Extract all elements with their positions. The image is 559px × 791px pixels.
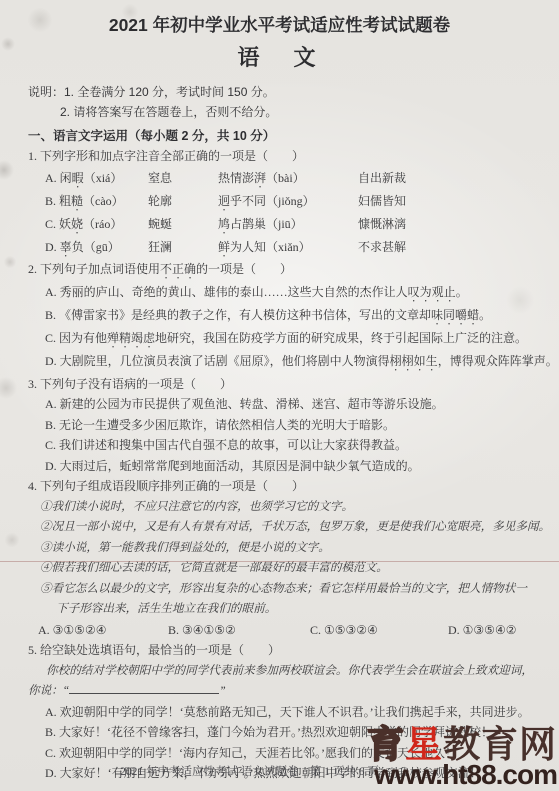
answer-choice-a: A. ③①⑤②④: [38, 620, 168, 641]
scan-artifact-line: [0, 561, 559, 562]
subject-title: 语 文: [0, 42, 559, 74]
option-word: 狂澜: [148, 236, 218, 259]
question-3-option-a: A. 新建的公园为市民提供了观鱼池、转盘、滑梯、迷宫、超市等游乐设施。: [0, 394, 559, 415]
question-2-option-c: C. 因为有他殚精竭虑地研究，我国在防疫学方面的研究成果，终于引起国际上广泛的注…: [0, 328, 559, 351]
say-suffix: ”: [219, 684, 225, 697]
answer-choice-d: D. ①③⑤④②: [448, 620, 559, 641]
question-4-sentence-5: ⑤看它怎么以最少的文字，形容出复杂的心态物态来；看它怎样用最恰当的文字，把人情物…: [0, 579, 559, 600]
option-word: 鲜为人知（xiǎn）: [218, 236, 358, 259]
question-4-stem: 4. 下列句子组成语段顺序排列正确的一项是（ ）: [0, 476, 559, 497]
option-word: 迥乎不同（jiǒng）: [218, 190, 358, 213]
watermark-url: www.ht88.com: [367, 761, 557, 789]
question-2-option-d: D. 大剧院里，几位演员表演了话剧《屈原》，他们将剧中人物演得栩栩如生，博得观众…: [0, 351, 559, 374]
question-1-row-a: A. 闲暇（xiá） 窒息 热情澎湃（bài） 自出新裁: [0, 167, 559, 190]
question-2-option-b: B. 《傅雷家书》是经典的教子之作，有人模仿这种书信体，写出的文章却味同嚼蜡。: [0, 305, 559, 328]
option-word: 自出新裁: [358, 167, 559, 190]
option-word: A. 闲暇（xiá）: [45, 167, 148, 190]
question-5-intro: 你校的结对学校朝阳中学的同学代表前来参加两校联谊会。你代表学生会在联谊会上致欢迎…: [0, 661, 559, 682]
option-word: C. 妖娆（ráo）: [45, 213, 148, 236]
question-5-stem: 5. 给空缺处选填语句，最恰当的一项是（ ）: [0, 640, 559, 661]
note-line-2: 2. 请将答案写在答题卷上，否则不给分。: [0, 102, 559, 122]
question-3-stem: 3. 下列句子没有语病的一项是（ ）: [0, 374, 559, 395]
question-3-option-d: D. 大雨过后，蚯蚓常常爬到地面活动，其原因是洞中缺少氧气造成的。: [0, 456, 559, 477]
note-line-1: 说明：1. 全卷满分 120 分，考试时间 150 分。: [0, 82, 559, 102]
watermark-site-name: 育星教育网: [367, 726, 557, 763]
say-prefix: 你说：“: [28, 684, 69, 697]
answer-blank-line: [69, 681, 219, 694]
exam-paper-page: 2021 年初中学业水平考试适应性考试试题卷 语 文 说明：1. 全卷满分 12…: [0, 0, 559, 791]
section-heading: 一、语言文字运用（每小题 2 分，共 10 分）: [0, 126, 559, 146]
option-word: 鸠占鹊巢（jiū）: [218, 213, 358, 236]
question-5-option-a: A. 欢迎朝阳中学的同学！‘莫愁前路无知己，天下谁人不识君。’让我们携起手来，共…: [0, 702, 559, 723]
question-1-row-d: D. 辜负（gū） 狂澜 鲜为人知（xiǎn） 不求甚解: [0, 236, 559, 259]
watermark-logo: 育星教育网 www.ht88.com: [367, 726, 557, 789]
page-title: 2021 年初中学业水平考试适应性考试试题卷: [10, 12, 549, 38]
question-1-row-b: B. 粗糙（cào） 轮廓 迥乎不同（jiǒng） 妇儒皆知: [0, 190, 559, 213]
question-1-stem: 1. 下列字形和加点字注音全部正确的一项是（ ）: [0, 146, 559, 167]
option-word: B. 粗糙（cào）: [45, 190, 148, 213]
option-word: 妇儒皆知: [358, 190, 559, 213]
question-2-stem: 2. 下列句子加点词语使用不正确的一项是（ ）: [0, 259, 559, 282]
exam-notes: 说明：1. 全卷满分 120 分，考试时间 150 分。 2. 请将答案写在答题…: [0, 82, 559, 122]
option-word: 轮廓: [148, 190, 218, 213]
question-4-sentence-1: ①我们读小说时，不应只注意它的内容，也须学习它的文字。: [0, 497, 559, 518]
option-word: 窒息: [148, 167, 218, 190]
question-4-sentence-5-continued: 下子形容出来，活生生地立在我们的眼前。: [0, 599, 559, 620]
option-word: 慷慨淋漓: [358, 213, 559, 236]
option-word: D. 辜负（gū）: [45, 236, 148, 259]
option-word: 不求甚解: [358, 236, 559, 259]
question-1-row-c: C. 妖娆（ráo） 蜿蜒 鸠占鹊巢（jiū） 慷慨淋漓: [0, 213, 559, 236]
question-4-sentence-2: ②况且一部小说中，又是有人有景有对话，千状万态，包罗万象，更是使我们心宽眼亮，多…: [0, 517, 559, 538]
question-4-answer-choices: A. ③①⑤②④ B. ③④①⑤② C. ①⑤③②④ D. ①③⑤④②: [0, 620, 559, 641]
question-3-option-c: C. 我们讲述和搜集中国古代自强不息的故事，可以让大家获得教益。: [0, 435, 559, 456]
question-3-option-b: B. 无论一生遭受多少困厄欺诈，请依然相信人类的光明大于暗影。: [0, 415, 559, 436]
question-5-say-line: 你说：“”: [0, 681, 559, 702]
option-word: 蜿蜒: [148, 213, 218, 236]
answer-choice-c: C. ①⑤③②④: [310, 620, 448, 641]
question-2-option-a: A. 秀丽的庐山、奇绝的黄山、雄伟的泰山……这些大自然的杰作让人叹为观止。: [0, 282, 559, 305]
option-word: 热情澎湃（bài）: [218, 167, 358, 190]
answer-choice-b: B. ③④①⑤②: [168, 620, 310, 641]
question-4-sentence-3: ③读小说，第一能教我们得到益处的，便是小说的文字。: [0, 538, 559, 559]
